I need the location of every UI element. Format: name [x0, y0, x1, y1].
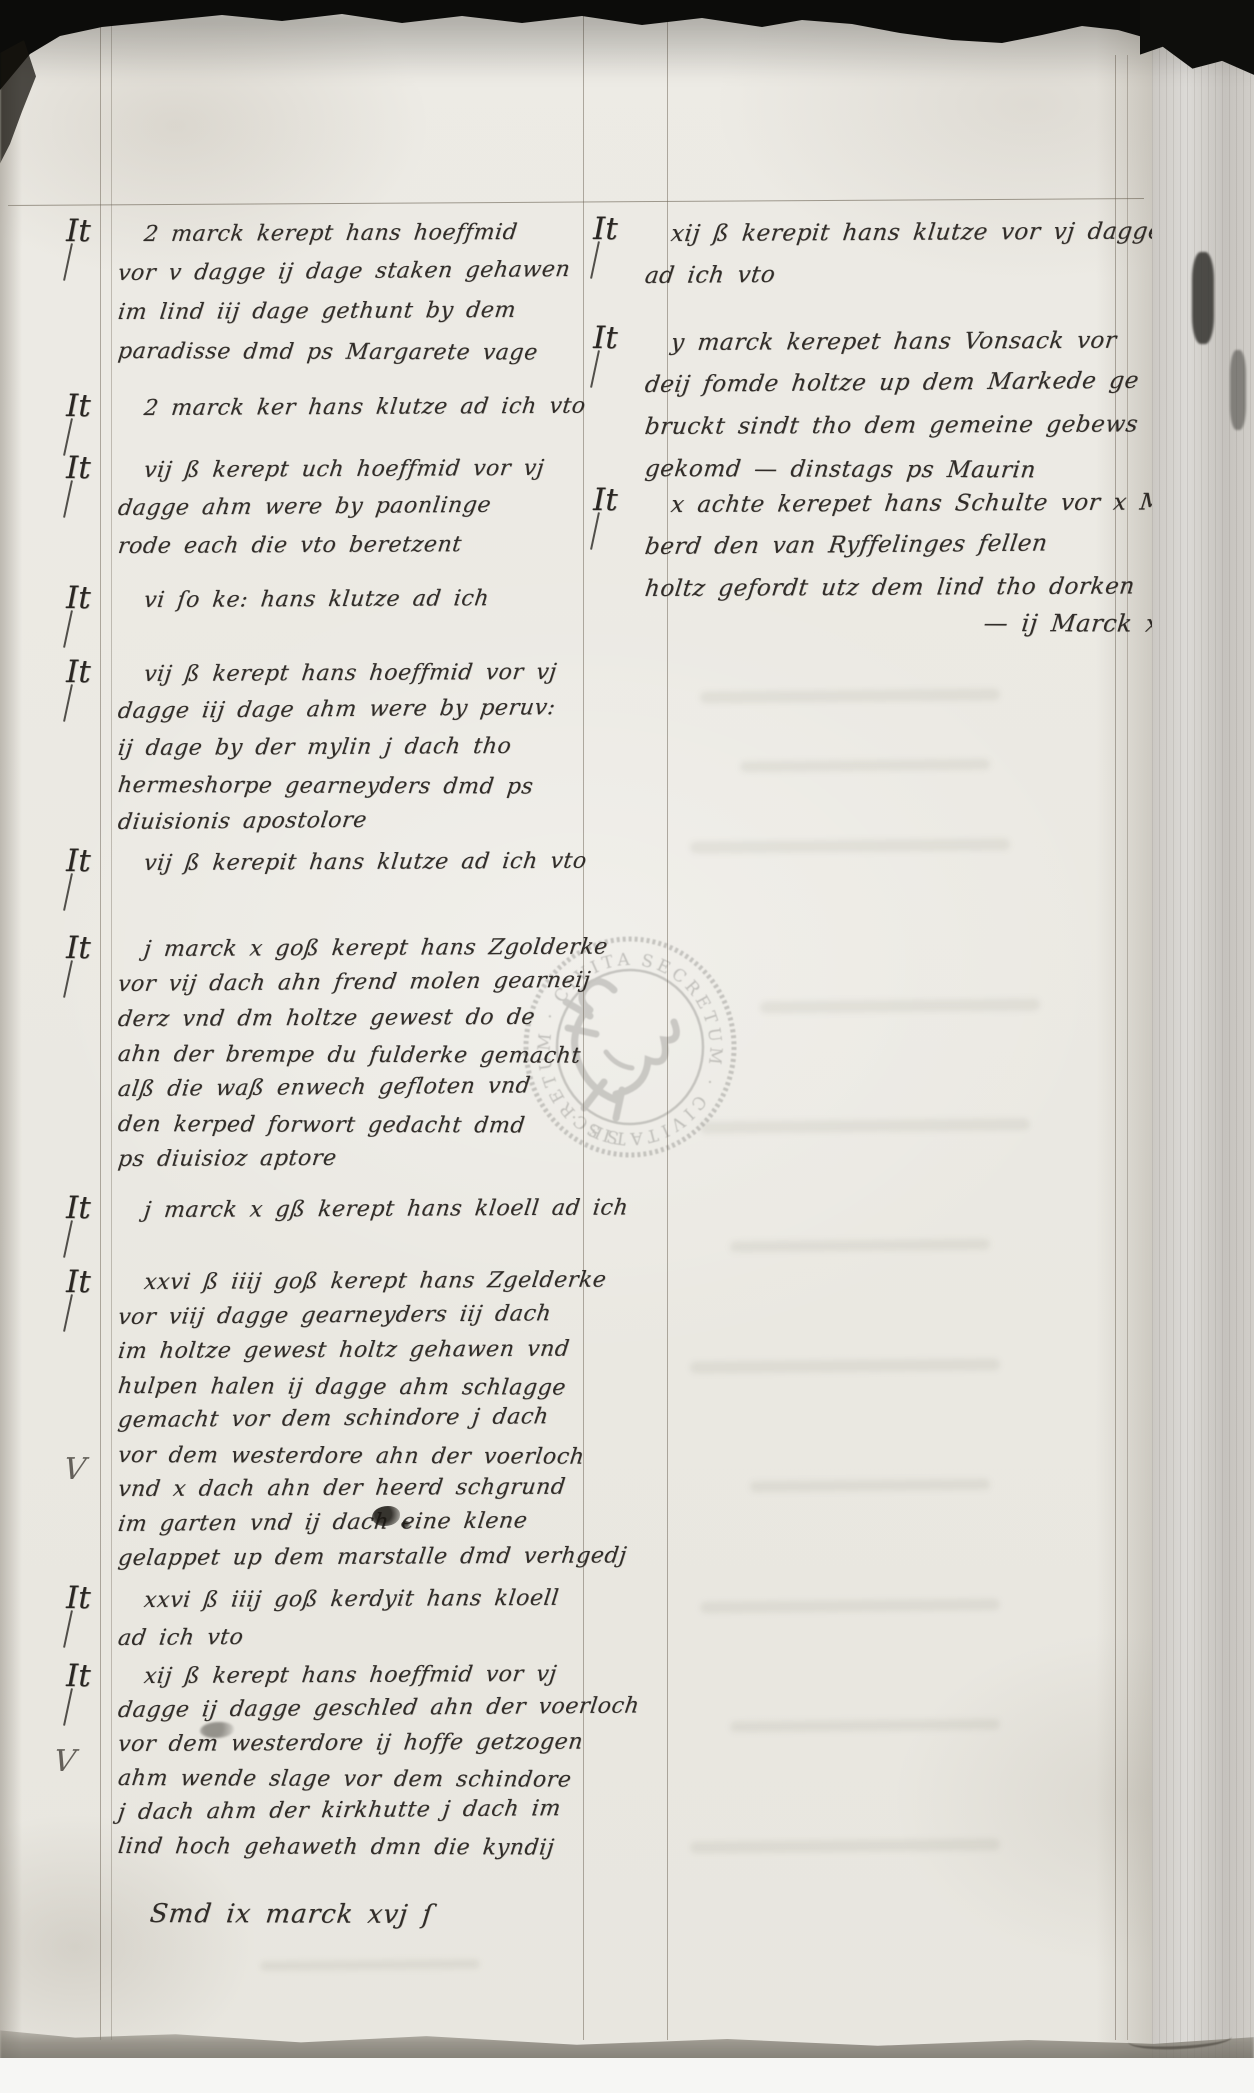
margin-rule-line — [100, 26, 101, 2040]
handwritten-text-line: gelappet up dem marstalle dmd verhgedj — [116, 1539, 629, 1576]
item-marker: It — [66, 843, 91, 879]
handwritten-text-line: dagge ahm were by paonlinge — [115, 486, 546, 528]
ledger-entry: Itj marck x gß kerept hans kloell ad ich — [118, 1192, 628, 1230]
handwritten-text-line: Smd ix marck xvj ſ — [148, 1893, 436, 1936]
handwritten-text-line: ij dage by der mylin j dach tho — [116, 728, 559, 767]
handwritten-text-line: vi ſo ke: hans klutze ad ich — [142, 580, 492, 620]
item-marker: It — [66, 213, 91, 249]
handwritten-text-line: ad ich vto — [115, 1616, 561, 1658]
ledger-entry: Ity marck kerepet hans Vonsack vordeij f… — [645, 322, 1138, 490]
handwritten-text-line: paradisse dmd ps Margarete vage — [116, 332, 572, 373]
handwritten-text-line: 2 marck kerept hans hoeffmid — [142, 213, 573, 254]
ledger-entry: Itxij ß kerept hans hoeffmid vor vjdagge… — [118, 1660, 639, 1864]
column-sum-line: Smd ix marck xvj ſ — [124, 1893, 433, 1935]
handwritten-text-line: x achte kerepet hans Schulte vor x M — [669, 481, 1167, 526]
item-marker: It — [66, 1190, 91, 1226]
page-left-edge — [0, 0, 22, 2093]
item-marker: It — [66, 1658, 91, 1694]
ledger-entry: Itxij ß kerepit hans klutze vor vj dagge… — [645, 213, 1162, 297]
handwritten-text-line: vnd x dach ahn der heerd schgrund — [116, 1470, 629, 1507]
handwritten-text-line: j dach ahm der kirkhutte j dach im — [116, 1791, 642, 1830]
ledger-entry: Itvij ß kerepit hans klutze ad ich vto — [118, 845, 586, 883]
item-marker: It — [593, 211, 618, 247]
handwritten-text-line: hermeshorpe gearneyders dmd ps — [116, 767, 558, 806]
item-marker: It — [593, 320, 618, 356]
handwritten-text-line: dagge iij dage ahm were by peruv: — [116, 689, 560, 730]
handwritten-text-line: diuisionis apostolore — [116, 800, 560, 841]
handwritten-text-line: xxvi ß iiij goß kerept hans Zgelderke — [142, 1263, 629, 1300]
handwritten-text-line: vij ß kerept uch hoeffmid vor vj — [142, 450, 546, 490]
handwritten-text-line: ad ich vto — [642, 250, 1165, 297]
handwritten-text-line: vij ß kerepit hans klutze ad ich vto — [142, 843, 589, 883]
column-rule-line — [667, 14, 668, 2040]
handwritten-text-line: vor viij dagge gearneyders iij dach — [116, 1296, 629, 1335]
handwritten-text-line: deij fomde holtze up dem Markede ge — [642, 360, 1141, 406]
ledger-entry: Itxxvi ß iiij goß kerept hans Zgelderkev… — [118, 1266, 626, 1577]
ledger-entry: Itxxvi ß iiij goß kerdyit hans kloellad … — [118, 1582, 559, 1658]
handwritten-text-line: alß die waß enwech gefloten vnd — [116, 1068, 611, 1107]
ledger-entry: Itvij ß kerept uch hoeffmid vor vjdagge … — [118, 452, 544, 566]
margin-check-mark: V — [52, 1744, 77, 1779]
handwritten-text-line: vor dem westerdore ahn der voerloch — [116, 1439, 628, 1475]
handwritten-text-line: gemacht vor dem schindore j dach — [116, 1400, 629, 1439]
handwritten-text-line: bruckt sindt tho dem gemeine gebews — [643, 403, 1142, 448]
ledger-entry: Itvij ß kerept hans hoeffmid vor vjdagge… — [118, 656, 556, 841]
handwritten-text-line: im garten vnd ij dach eine klene — [116, 1503, 629, 1542]
ledger-entry: Itvi ſo ke: hans klutze ad ich — [118, 582, 489, 620]
handwritten-text-line: 2 marck ker hans klutze ad ich vto — [142, 388, 588, 428]
item-marker: It — [66, 450, 91, 486]
item-marker: It — [593, 482, 618, 518]
margin-rule-line — [111, 26, 112, 2040]
item-marker: It — [66, 654, 91, 690]
handwritten-text-line: dagge ij dagge geschled ahn der voerloch — [116, 1689, 642, 1728]
item-marker: It — [66, 1580, 91, 1616]
handwritten-text-line: vor v dagge ij dage staken gehawen — [115, 250, 572, 293]
item-marker: It — [66, 930, 91, 966]
ledger-entry: Itx achte kerepet hans Schulte vor x Mbe… — [645, 484, 1164, 610]
item-marker: It — [66, 580, 91, 616]
manuscript-scan: SECRETUM · CIVITATIS · SECRETUM · CIVITA… — [0, 0, 1254, 2093]
handwritten-text-line: j marck x gß kerept hans kloell ad ich — [142, 1189, 631, 1230]
handwritten-text-line: y marck kerepet hans Vonsack vor — [669, 320, 1142, 364]
fore-edge-mark — [1192, 252, 1214, 344]
handwritten-text-line: rode each die vto beretzent — [116, 526, 546, 566]
margin-check-mark: V — [62, 1452, 87, 1487]
item-marker: It — [66, 1264, 91, 1300]
page-curve-shadow — [1096, 0, 1152, 2093]
scan-background — [0, 2058, 1254, 2093]
handwritten-text-line: vor vij dach ahn frend molen gearneij — [116, 963, 611, 1002]
handwritten-text-line: im lind iij dage gethunt by dem — [116, 291, 573, 332]
ledger-entry: Itj marck x goß kerept hans Zgolderkevor… — [118, 932, 608, 1177]
handwritten-text-line: lind hoch gehaweth dmn die kyndij — [116, 1830, 640, 1866]
handwritten-text-line: berd den van Ryffelinges fellen — [642, 521, 1167, 568]
handwritten-text-line: j marck x goß kerept hans Zgolderke — [142, 930, 610, 967]
handwritten-text-line: den kerped forwort gedacht dmd — [116, 1107, 609, 1144]
handwritten-text-line: vor dem westerdore ij hoffe getzogen — [116, 1725, 641, 1762]
handwritten-text-line: derz vnd dm holtze gewest do de — [116, 999, 610, 1037]
handwritten-text-line: xij ß kerept hans hoeffmid vor vj — [142, 1657, 641, 1694]
handwritten-text-line: vij ß kerept hans hoeffmid vor vj — [142, 654, 559, 693]
handwritten-text-line: xxvi ß iiij goß kerdyit hans kloell — [142, 1580, 561, 1620]
handwritten-text-line: im holtze gewest holtz gehawen vnd — [116, 1332, 629, 1369]
ledger-entry: It2 marck kerept hans hoeffmidvor v dagg… — [118, 215, 570, 371]
handwritten-text-line: xij ß kerepit hans klutze vor vj dagge — [669, 210, 1165, 255]
handwritten-text-line: ps diuisioz aptore — [116, 1139, 610, 1177]
fore-edge-mark — [1230, 350, 1246, 430]
ledger-entry: It2 marck ker hans klutze ad ich vto — [118, 390, 585, 428]
item-marker: It — [66, 388, 91, 424]
